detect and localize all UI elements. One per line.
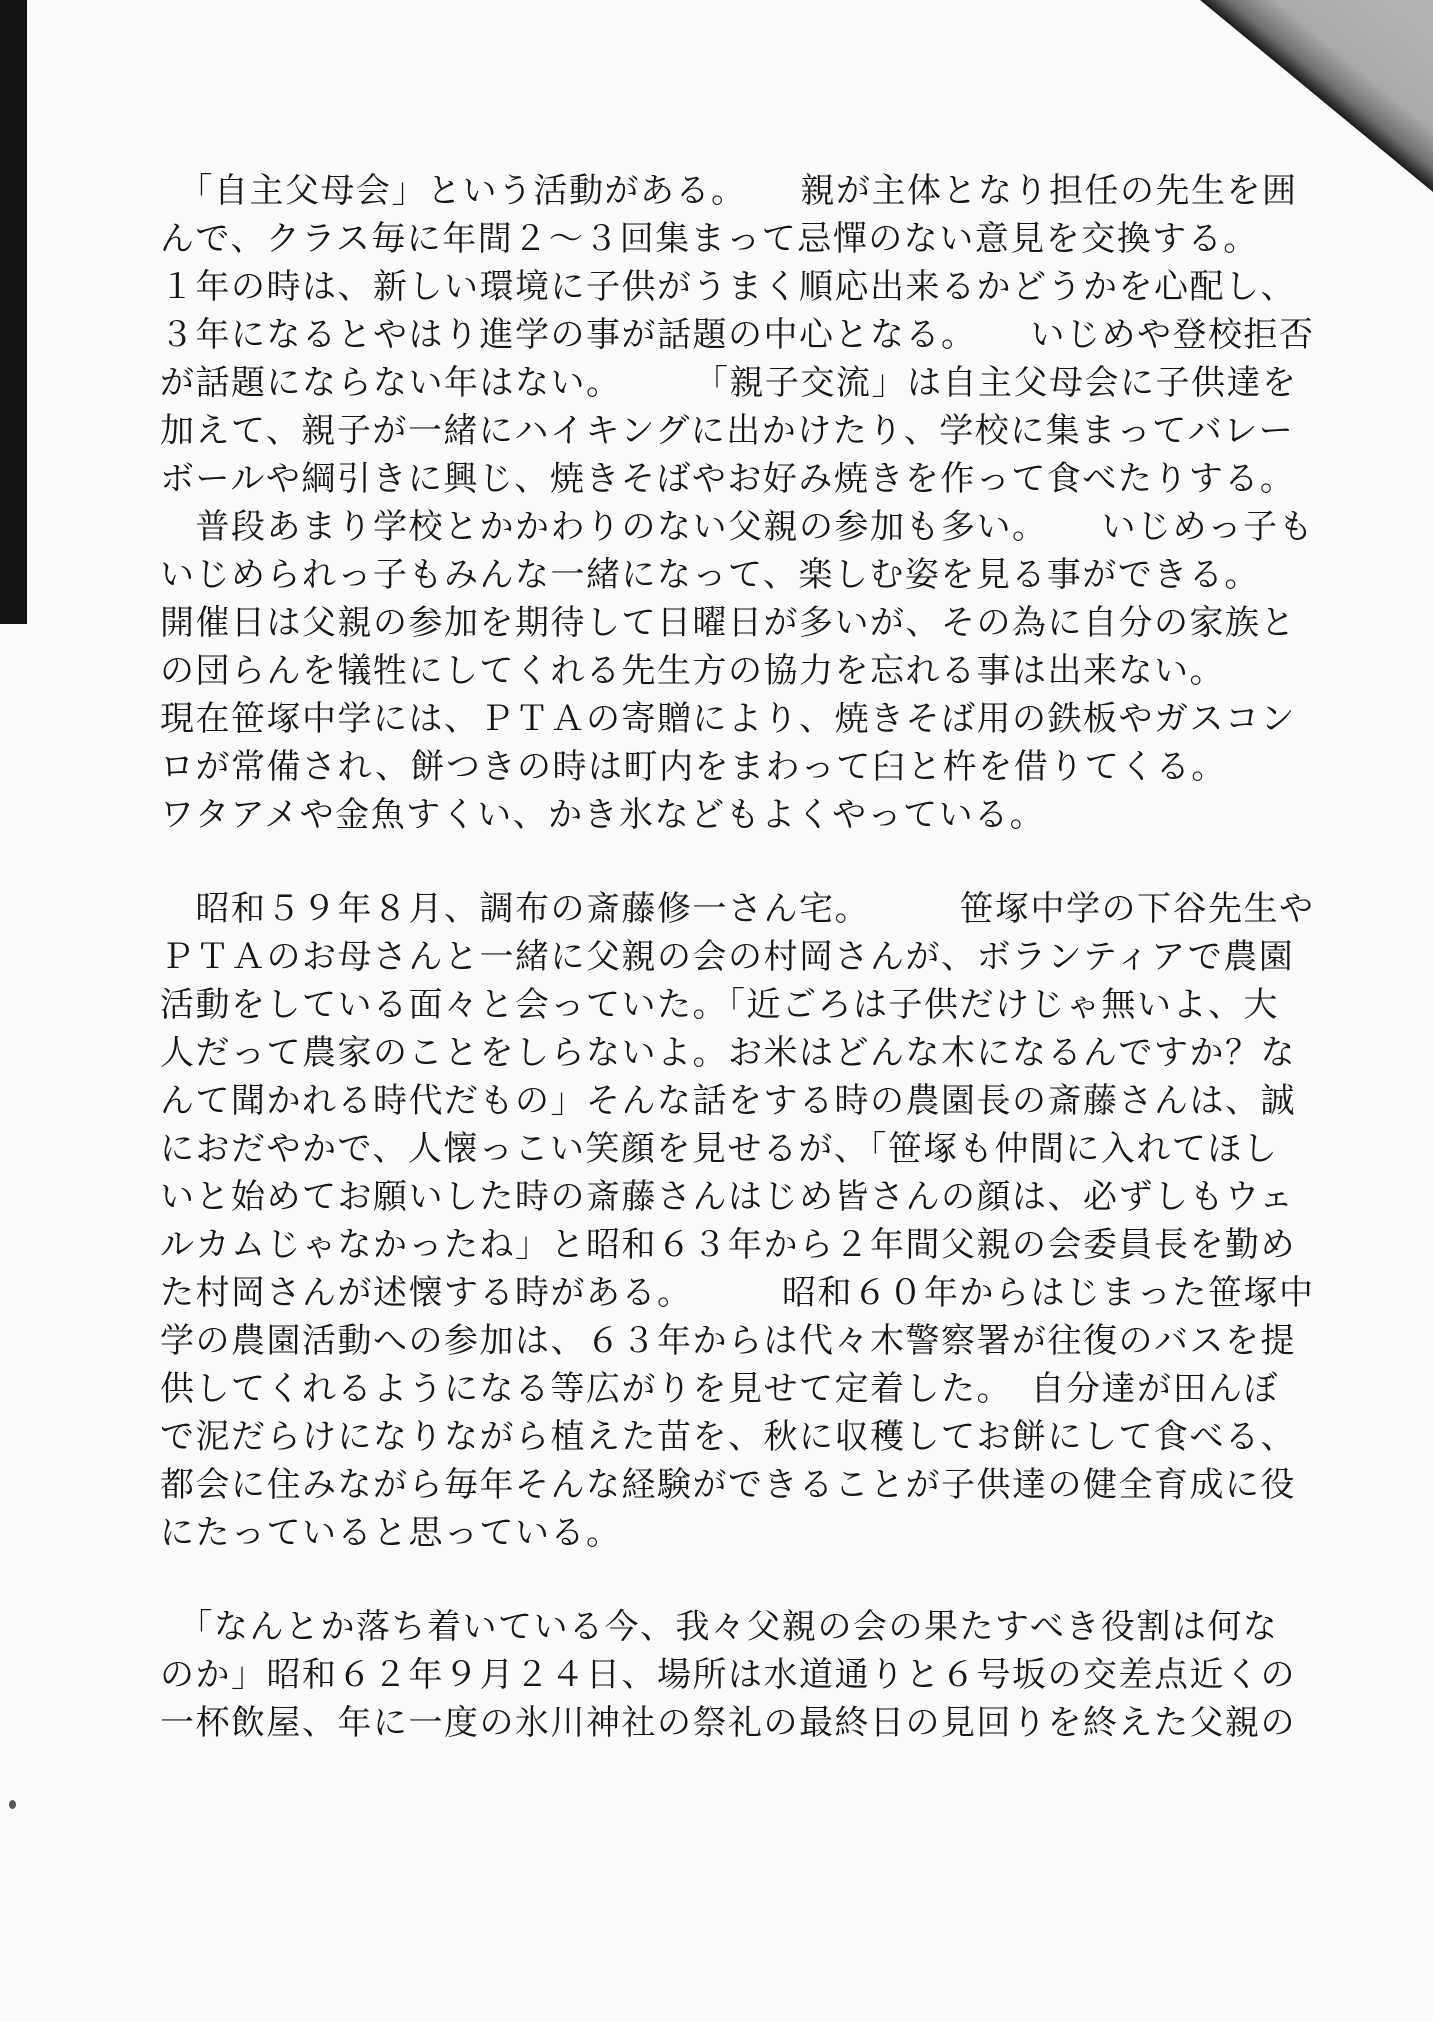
paragraph: 「自主父母会」という活動がある。 親が主体となり担任の先生を囲んで、クラス毎に年… — [160, 168, 1310, 840]
text-line: ワタアメや金魚すくい、かき氷などもよくやっている。 — [160, 792, 1310, 840]
text-line: 学の農園活動への参加は、６３年からは代々木警察署が往復のバスを提 — [160, 1318, 1310, 1366]
text-line: ロが常備され、餅つきの時は町内をまわって臼と杵を借りてくる。 — [160, 744, 1310, 792]
page-corner-fold — [1200, 0, 1433, 192]
text-line: ルカムじゃなかったね」と昭和６３年から２年間父親の会委員長を勤め — [160, 1222, 1310, 1270]
text-line: 人だって農家のことをしらないよ。お米はどんな木になるんですか？な — [160, 1030, 1310, 1078]
paragraph: 昭和５９年８月、調布の斎藤修一さん宅。 笹塚中学の下谷先生やＰＴＡのお母さんと一… — [160, 886, 1310, 1558]
paragraph: 「なんとか落ち着いている今、我々父親の会の果たすべき役割は何なのか」昭和６２年９… — [160, 1604, 1310, 1748]
text-line: ボールや綱引きに興じ、焼きそばやお好み焼きを作って食べたりする。 — [160, 456, 1310, 504]
text-line: の団らんを犠牲にしてくれる先生方の協力を忘れる事は出来ない。 — [160, 648, 1310, 696]
text-line: 加えて、親子が一緒にハイキングに出かけたり、学校に集まってバレー — [160, 408, 1310, 456]
text-line: で泥だらけになりながら植えた苗を、秋に収穫してお餅にして食べる、 — [160, 1414, 1310, 1462]
text-line: 普段あまり学校とかかわりのない父親の参加も多い。 いじめっ子も — [160, 504, 1310, 552]
scanned-document-page: 「自主父母会」という活動がある。 親が主体となり担任の先生を囲んで、クラス毎に年… — [0, 0, 1433, 2022]
text-line: いじめられっ子もみんな一緒になって、楽しむ姿を見る事ができる。 — [160, 552, 1310, 600]
text-line: 「なんとか落ち着いている今、我々父親の会の果たすべき役割は何な — [160, 1604, 1310, 1652]
text-line: 都会に住みながら毎年そんな経験ができることが子供達の健全育成に役 — [160, 1462, 1310, 1510]
text-line: んて聞かれる時代だもの」そんな話をする時の農園長の斎藤さんは、誠 — [160, 1078, 1310, 1126]
document-text: 「自主父母会」という活動がある。 親が主体となり担任の先生を囲んで、クラス毎に年… — [160, 168, 1310, 1794]
text-line: んで、クラス毎に年間２～３回集まって忌憚のない意見を交換する。 — [160, 216, 1310, 264]
text-line: ＰＴＡのお母さんと一緒に父親の会の村岡さんが、ボランティアで農園 — [160, 934, 1310, 982]
text-line: 現在笹塚中学には、ＰＴＡの寄贈により、焼きそば用の鉄板やガスコン — [160, 696, 1310, 744]
text-line: が話題にならない年はない。 「親子交流」は自主父母会に子供達を — [160, 360, 1310, 408]
text-line: 活動をしている面々と会っていた。「近ごろは子供だけじゃ無いよ、大 — [160, 982, 1310, 1030]
scan-artifact-left-strip — [0, 0, 27, 624]
text-line: 一杯飲屋、年に一度の氷川神社の祭礼の最終日の見回りを終えた父親の — [160, 1700, 1310, 1748]
text-line: 供してくれるようになる等広がりを見せて定着した。 自分達が田んぼ — [160, 1366, 1310, 1414]
fold-triangle — [1200, 0, 1433, 192]
scan-artifact-speck — [9, 1800, 16, 1809]
text-line: 開催日は父親の参加を期待して日曜日が多いが、その為に自分の家族と — [160, 600, 1310, 648]
text-line: におだやかで、人懐っこい笑顔を見せるが、「笹塚も仲間に入れてほし — [160, 1126, 1310, 1174]
text-line: 「自主父母会」という活動がある。 親が主体となり担任の先生を囲 — [160, 168, 1310, 216]
text-line: にたっていると思っている。 — [160, 1510, 1310, 1558]
text-line: のか」昭和６２年９月２４日、場所は水道通りと６号坂の交差点近くの — [160, 1652, 1310, 1700]
text-line: た村岡さんが述懐する時がある。 昭和６０年からはじまった笹塚中 — [160, 1270, 1310, 1318]
text-line: １年の時は、新しい環境に子供がうまく順応出来るかどうかを心配し、 — [160, 264, 1310, 312]
text-line: いと始めてお願いした時の斎藤さんはじめ皆さんの顔は、必ずしもウェ — [160, 1174, 1310, 1222]
text-line: ３年になるとやはり進学の事が話題の中心となる。 いじめや登校拒否 — [160, 312, 1310, 360]
text-line: 昭和５９年８月、調布の斎藤修一さん宅。 笹塚中学の下谷先生や — [160, 886, 1310, 934]
